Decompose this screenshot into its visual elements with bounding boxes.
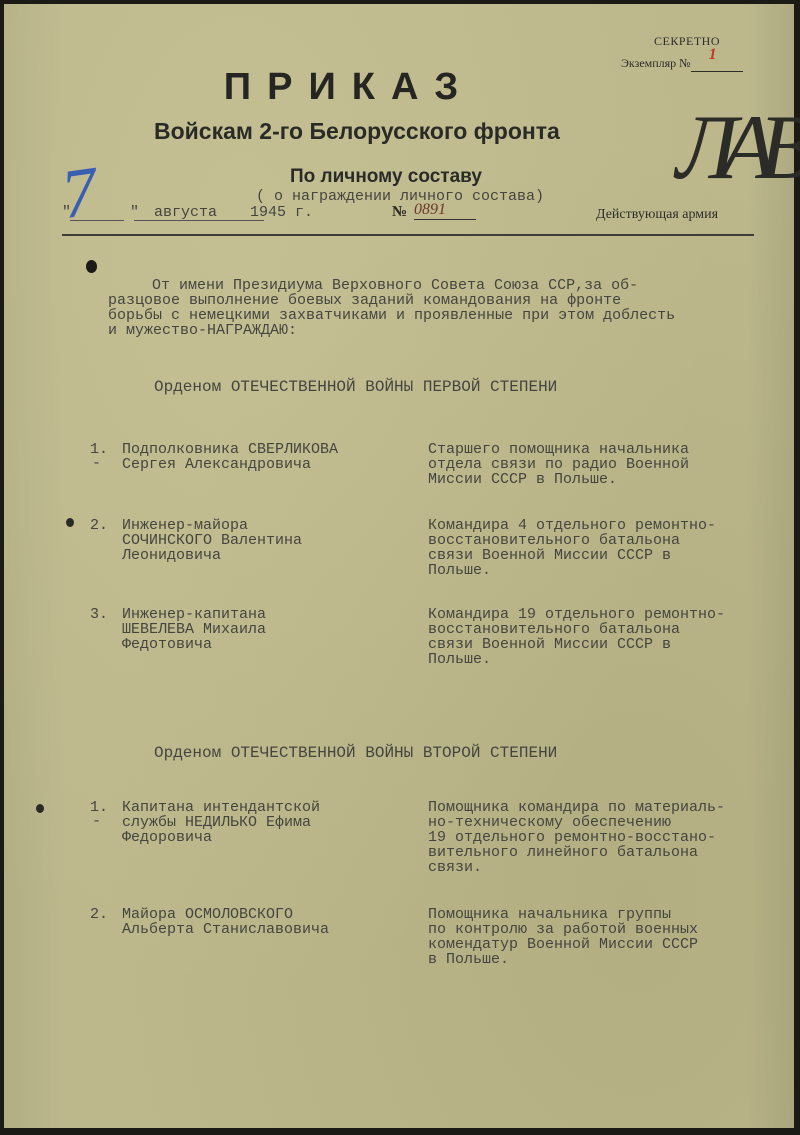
- recipient-position: Старшего помощника начальника отдела свя…: [428, 442, 800, 487]
- order-number: 0891: [414, 201, 476, 220]
- award-entry: 1. - Капитана интендантской службы НЕДИЛ…: [90, 800, 800, 910]
- recipient-position: Командира 4 отдельного ремонтно- восстан…: [428, 518, 800, 578]
- recipient-position: Помощника командира по материаль- но-тех…: [428, 800, 800, 875]
- award-entry: 2. Инженер-майора СОЧИНСКОГО Валентина Л…: [90, 518, 800, 608]
- date-month: августа: [154, 204, 217, 221]
- punch-hole: [66, 518, 74, 527]
- recipient-name: Капитана интендантской службы НЕДИЛЬКО Е…: [122, 800, 402, 845]
- copy-number: 1: [709, 46, 717, 64]
- award-entry: 2. Майора ОСМОЛОВСКОГО Альберта Станисла…: [90, 907, 800, 997]
- recipient-position: Командира 19 отдельного ремонтно- восста…: [428, 607, 800, 667]
- section-heading-second-degree: Орденом ОТЕЧЕСТВЕННОЙ ВОЙНЫ ВТОРОЙ СТЕПЕ…: [154, 744, 557, 762]
- personnel-label: По личному составу: [290, 166, 482, 188]
- document-subtitle: Войскам 2-го Белорусского фронта: [154, 118, 560, 145]
- recipient-name: Инженер-майора СОЧИНСКОГО Валентина Леон…: [122, 518, 402, 563]
- recipient-name: Майора ОСМОЛОВСКОГО Альберта Станиславов…: [122, 907, 402, 937]
- header-divider: [62, 234, 754, 236]
- order-number-label: №: [392, 204, 407, 221]
- intro-paragraph: От имени Президиума Верховного Совета Со…: [108, 278, 798, 338]
- section-heading-first-degree: Орденом ОТЕЧЕСТВЕННОЙ ВОЙНЫ ПЕРВОЙ СТЕПЕ…: [154, 378, 557, 396]
- punch-hole: [36, 804, 44, 813]
- recipient-name: Подполковника СВЕРЛИКОВА Сергея Александ…: [122, 442, 402, 472]
- about-label: ( о награждении личного состава): [256, 188, 544, 205]
- handwritten-signature: ЛАВ: [676, 94, 797, 200]
- recipient-position: Помощника начальника группы по контролю …: [428, 907, 800, 967]
- document-page: СЕКРЕТНО Экземпляр №1 ПРИКАЗ Войскам 2-г…: [4, 4, 794, 1128]
- location-label: Действующая армия: [596, 207, 718, 223]
- punch-hole: [86, 260, 97, 273]
- award-entry: 3. Инженер-капитана ШЕВЕЛЕВА Михаила Фед…: [90, 607, 800, 697]
- recipient-name: Инженер-капитана ШЕВЕЛЕВА Михаила Федото…: [122, 607, 402, 652]
- date-year: 1945 г.: [250, 204, 313, 221]
